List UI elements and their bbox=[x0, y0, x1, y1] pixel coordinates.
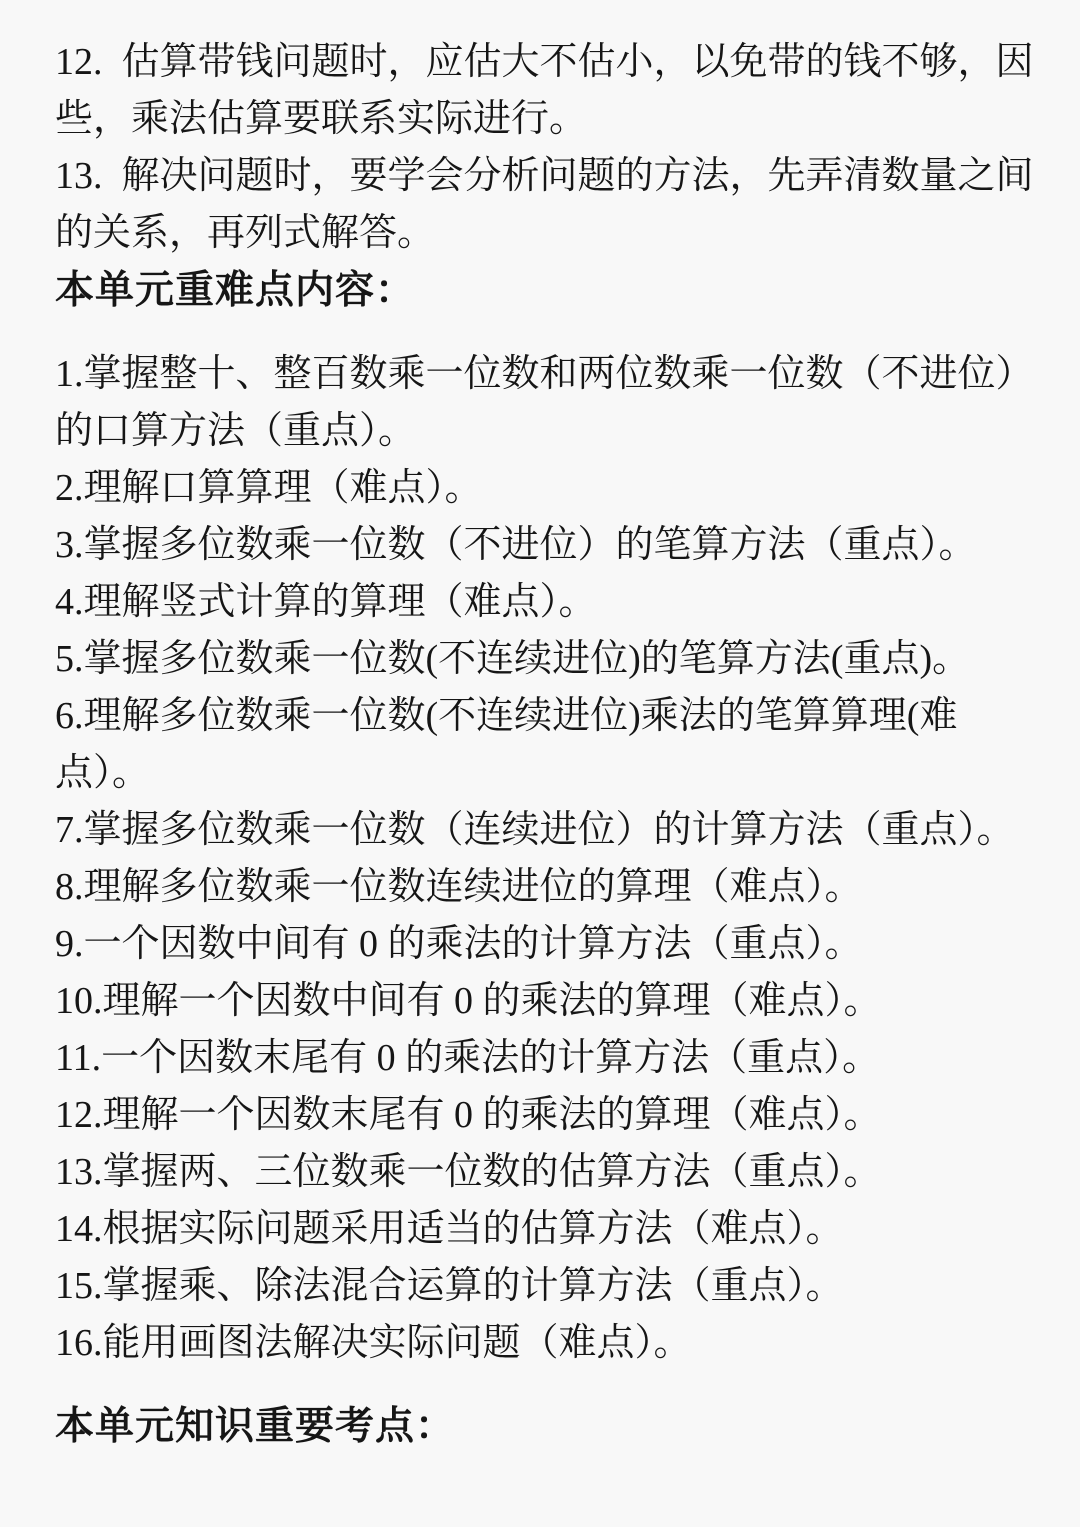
paragraph: 6.理解多位数乘一位数(不连续进位)乘法的笔算算理(难点）。 bbox=[55, 688, 1038, 802]
paragraph: 4.理解竖式计算的算理（难点）。 bbox=[55, 574, 1038, 631]
paragraph: 11.一个因数末尾有 0 的乘法的计算方法（重点）。 bbox=[55, 1030, 1038, 1087]
paragraph-spacer bbox=[55, 320, 1038, 346]
paragraph: 14.根据实际问题采用适当的估算方法（难点）。 bbox=[55, 1201, 1038, 1258]
paragraph-spacer bbox=[55, 1372, 1038, 1398]
paragraph: 12.理解一个因数末尾有 0 的乘法的算理（难点）。 bbox=[55, 1087, 1038, 1144]
paragraph: 10.理解一个因数中间有 0 的乘法的算理（难点）。 bbox=[55, 973, 1038, 1030]
section-heading: 本单元知识重要考点： bbox=[55, 1398, 1038, 1456]
section-heading: 本单元重难点内容： bbox=[55, 262, 1038, 320]
paragraph: 16.能用画图法解决实际问题（难点）。 bbox=[55, 1315, 1038, 1372]
paragraph: 8.理解多位数乘一位数连续进位的算理（难点）。 bbox=[55, 859, 1038, 916]
paragraph: 15.掌握乘、除法混合运算的计算方法（重点）。 bbox=[55, 1258, 1038, 1315]
paragraph: 13.掌握两、三位数乘一位数的估算方法（重点）。 bbox=[55, 1144, 1038, 1201]
paragraph: 13. 解决问题时，要学会分析问题的方法，先弄清数量之间的关系，再列式解答。 bbox=[55, 148, 1038, 262]
paragraph: 5.掌握多位数乘一位数(不连续进位)的笔算方法(重点)。 bbox=[55, 631, 1038, 688]
paragraph: 7.掌握多位数乘一位数（连续进位）的计算方法（重点）。 bbox=[55, 802, 1038, 859]
document-page: 12. 估算带钱问题时，应估大不估小，以免带的钱不够，因些，乘法估算要联系实际进… bbox=[0, 0, 1080, 1527]
paragraph: 9.一个因数中间有 0 的乘法的计算方法（重点）。 bbox=[55, 916, 1038, 973]
paragraph: 12. 估算带钱问题时，应估大不估小，以免带的钱不够，因些，乘法估算要联系实际进… bbox=[55, 34, 1038, 148]
paragraph: 2.理解口算算理（难点）。 bbox=[55, 460, 1038, 517]
paragraph: 3.掌握多位数乘一位数（不进位）的笔算方法（重点）。 bbox=[55, 517, 1038, 574]
document-content: 12. 估算带钱问题时，应估大不估小，以免带的钱不够，因些，乘法估算要联系实际进… bbox=[55, 34, 1038, 1456]
paragraph: 1.掌握整十、整百数乘一位数和两位数乘一位数（不进位）的口算方法（重点）。 bbox=[55, 346, 1038, 460]
